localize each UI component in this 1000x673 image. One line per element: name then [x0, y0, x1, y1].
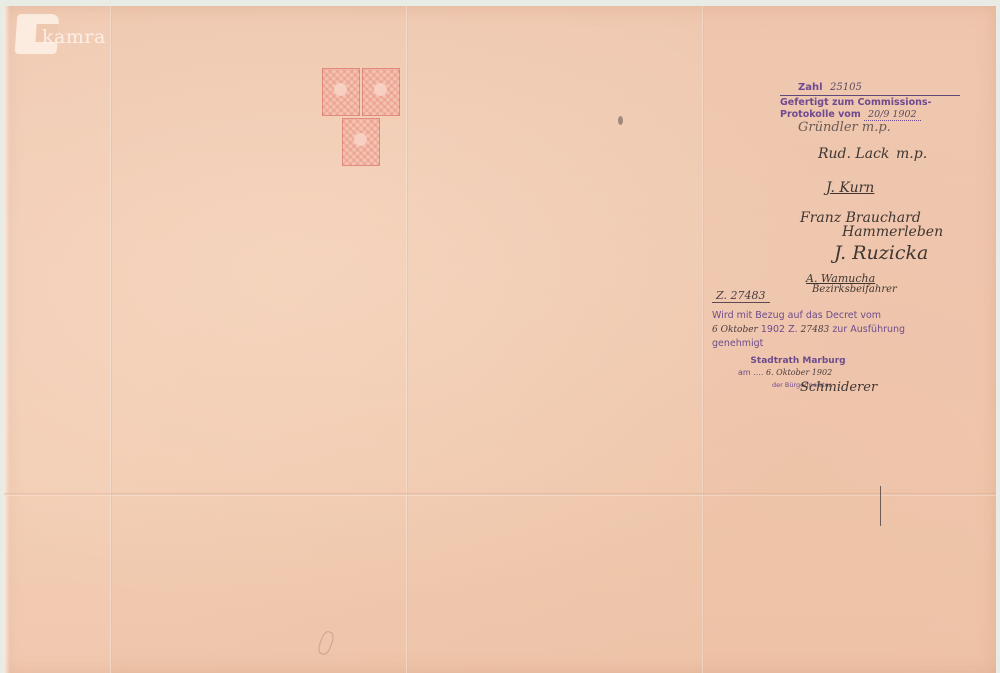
approval-stamp: Wird mit Bezug auf das Decret vom 6 Okto… [712, 309, 905, 351]
signature: J. Ruzicka [834, 242, 928, 264]
revenue-stamps [322, 68, 402, 168]
revenue-stamp-icon [362, 68, 400, 116]
commission-stamp: Zahl 25105 Gefertigt zum Commissions- Pr… [780, 82, 960, 121]
bleed-through-text [514, 284, 517, 295]
signature: Gründler m.p. [798, 120, 891, 135]
panel-left [4, 6, 110, 673]
approval-line-3: genehmigt [712, 337, 905, 351]
am-label: am [738, 368, 751, 377]
kamra-watermark-logo: kamra [12, 12, 122, 52]
reference-underline [712, 302, 770, 303]
fold-line-vertical-2 [406, 6, 408, 673]
signature: Bezirksbeifahrer [812, 284, 897, 295]
pencil-scribble [316, 630, 335, 657]
fold-line-vertical-1 [110, 6, 112, 673]
reference-number: Z. 27483 [716, 289, 765, 302]
revenue-stamp-icon [322, 68, 360, 116]
decree-number: 27483 [801, 325, 830, 335]
mayor-signature: Schmiderer [800, 380, 877, 395]
decree-year: 1902 Z. [761, 324, 798, 335]
signature: Rud. Lack [818, 146, 889, 162]
stamp-divider [780, 95, 960, 96]
approval-line-1: Wird mit Bezug auf das Decret vom [712, 309, 905, 323]
approval-date: 6. Oktober 1902 [766, 368, 832, 377]
signature: Hammerleben [842, 224, 943, 240]
decree-date: 6 Oktober [712, 325, 758, 335]
zahl-label: Zahl [798, 82, 823, 93]
signature: J. Kurn [826, 180, 874, 196]
authority-stamp: Stadtrath Marburg am .... 6. Oktober 190… [748, 356, 848, 366]
commission-line-2: Protokolle vom [780, 109, 861, 120]
revenue-stamp-icon [342, 118, 380, 166]
zahl-value: 25105 [830, 82, 862, 93]
kamra-logo-text: kamra [42, 26, 106, 48]
approval-line-2-suffix: zur Ausführung [832, 324, 905, 335]
commission-line-1: Gefertigt zum Commissions- [780, 97, 960, 109]
pencil-mark [880, 486, 881, 526]
signature: m.p. [896, 146, 927, 162]
ink-spot [618, 116, 623, 125]
authority-name: Stadtrath Marburg [748, 356, 848, 366]
